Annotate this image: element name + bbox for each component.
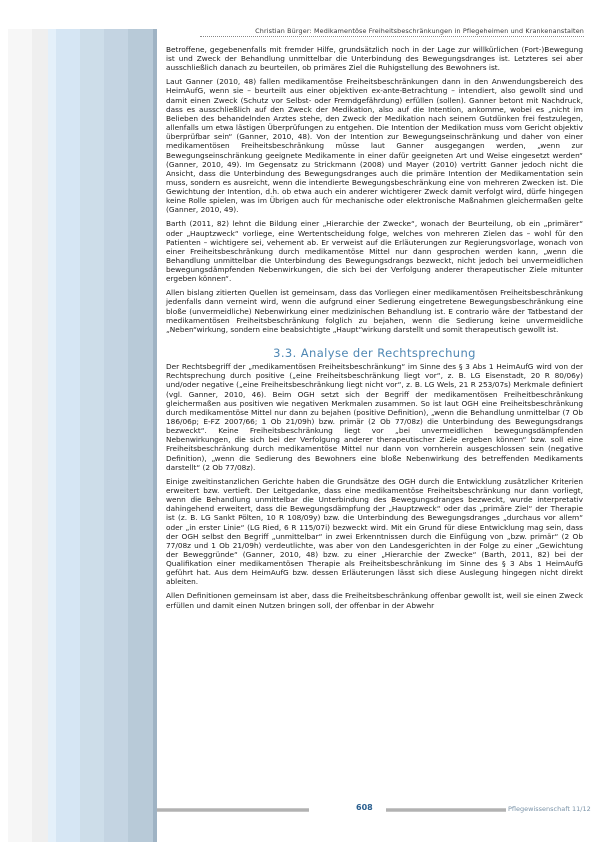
paragraph: Allen Definitionen gemeinsam ist aber, d… (166, 591, 583, 609)
page-number: 608 (356, 803, 373, 812)
journal-issue: Pflegewissenschaft 11/12 (508, 805, 591, 813)
paragraph: Laut Ganner (2010, 48) fallen medikament… (166, 77, 583, 214)
stripe (32, 29, 48, 842)
paragraph: Der Rechtsbegriff der „medikamentösen Fr… (166, 362, 583, 472)
paragraph: Betroffene, gegebenenfalls mit fremder H… (166, 45, 583, 72)
stripe (56, 29, 80, 842)
stripe (104, 29, 128, 842)
running-header: Christian Bürger: Medikamentöse Freiheit… (200, 27, 584, 37)
sidebar-divider (153, 29, 157, 842)
footer-rule-right (386, 808, 506, 812)
stripe (80, 29, 104, 842)
footer-rule-left (157, 808, 309, 812)
stripe (48, 29, 56, 842)
section-heading: 3.3. Analyse der Rechtsprechung (166, 346, 583, 360)
article-body: Betroffene, gegebenenfalls mit fremder H… (166, 45, 583, 615)
paragraph: Einige zweitinstanzlichen Gerichte haben… (166, 477, 583, 587)
paragraph: Allen bislang zitierten Quellen ist geme… (166, 288, 583, 334)
stripe (8, 29, 32, 842)
stripe (128, 29, 153, 842)
decorative-sidebar-stripes (0, 29, 160, 842)
paragraph: Barth (2011, 82) lehnt die Bildung einer… (166, 219, 583, 283)
